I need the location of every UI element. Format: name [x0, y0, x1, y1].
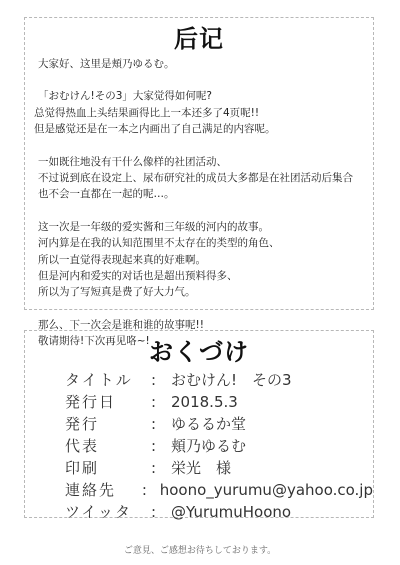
- text-line: 「おむけん!その3」大家觉得如何呢?: [38, 88, 373, 104]
- row-value: 頬乃ゆるむ: [171, 435, 246, 457]
- colophon-title: おくづけ: [25, 339, 373, 365]
- row-sep: :: [151, 413, 171, 435]
- row-sep: :: [142, 479, 160, 501]
- paragraph: 「おむけん!その3」大家觉得如何呢? 总觉得热血上头结果画得比上一本还多了4页呢…: [38, 88, 373, 137]
- footer-note: ご意見、ご感想お待ちしております。: [0, 543, 400, 556]
- row-value: 2018.5.3: [171, 391, 238, 413]
- text-line: 一如既往地没有干什么像样的社团活动、: [38, 154, 373, 170]
- paragraph: 一如既往地没有干什么像样的社团活动、 不过说到底在设定上、尿布研究社的成员大多都…: [38, 154, 373, 203]
- colophon-row-publisher: 発行 : ゆるるか堂: [65, 413, 373, 435]
- row-sep: :: [151, 435, 171, 457]
- text-line: 也不会一直都在一起的呢…。: [38, 186, 373, 202]
- text-line: 这一次是一年级的爱实酱和三年级的河内的故事。: [38, 219, 373, 235]
- text-line: 但是河内和爱实的对话也是超出预料得多、: [38, 268, 373, 284]
- row-sep: :: [151, 369, 171, 391]
- row-key: 印刷: [65, 457, 151, 479]
- text-line: 所以为了写短真是费了好大力气。: [38, 284, 373, 300]
- colophon-row-twitter: ツイッタ : @YurumuHoono: [65, 501, 373, 523]
- twitter-handle[interactable]: @YurumuHoono: [171, 501, 291, 523]
- row-key: タイトル: [65, 369, 151, 391]
- row-key: ツイッタ: [65, 501, 151, 523]
- afterword-title: 后记: [25, 26, 373, 52]
- row-key: 発行日: [65, 391, 151, 413]
- row-sep: :: [151, 391, 171, 413]
- colophon-row-printer: 印刷 : 栄光 様: [65, 457, 373, 479]
- colophon-box: おくづけ タイトル : おむけん! その3 発行日 : 2018.5.3 発行 …: [24, 330, 374, 518]
- row-value: 栄光 様: [171, 457, 231, 479]
- row-value: ゆるるか堂: [171, 413, 246, 435]
- colophon-table: タイトル : おむけん! その3 発行日 : 2018.5.3 発行 : ゆるる…: [65, 369, 373, 523]
- row-key: 連絡先: [65, 479, 142, 501]
- row-value: おむけん! その3: [171, 369, 292, 391]
- colophon-row-representative: 代表 : 頬乃ゆるむ: [65, 435, 373, 457]
- afterword-body: 大家好、这里是頬乃ゆるむ。 「おむけん!その3」大家觉得如何呢? 总觉得热血上头…: [25, 56, 373, 350]
- paragraph: 大家好、这里是頬乃ゆるむ。: [38, 56, 373, 72]
- afterword-box: 后记 大家好、这里是頬乃ゆるむ。 「おむけん!その3」大家觉得如何呢? 总觉得热…: [24, 17, 374, 310]
- paragraph: 这一次是一年级的爱实酱和三年级的河内的故事。 河内算是在我的认知范围里不太存在的…: [38, 219, 373, 301]
- text-line: 不过说到底在设定上、尿布研究社的成员大多都是在社团活动后集合: [38, 170, 373, 186]
- colophon-row-contact: 連絡先 : hoono_yurumu@yahoo.co.jp: [65, 479, 373, 501]
- text-line: 所以一直觉得表现起来真的好难啊。: [38, 252, 373, 268]
- row-sep: :: [151, 501, 171, 523]
- row-key: 発行: [65, 413, 151, 435]
- row-key: 代表: [65, 435, 151, 457]
- text-line: 大家好、这里是頬乃ゆるむ。: [38, 56, 373, 72]
- colophon-row-date: 発行日 : 2018.5.3: [65, 391, 373, 413]
- row-sep: :: [151, 457, 171, 479]
- text-line: 河内算是在我的认知范围里不太存在的类型的角色、: [38, 235, 373, 251]
- contact-email[interactable]: hoono_yurumu@yahoo.co.jp: [160, 479, 373, 501]
- colophon-row-title: タイトル : おむけん! その3: [65, 369, 373, 391]
- text-line: 总觉得热血上头结果画得比上一本还多了4页呢!!: [34, 105, 373, 121]
- text-line: 但是感觉还是在一本之内画出了自己满足的内容呢。: [34, 121, 373, 137]
